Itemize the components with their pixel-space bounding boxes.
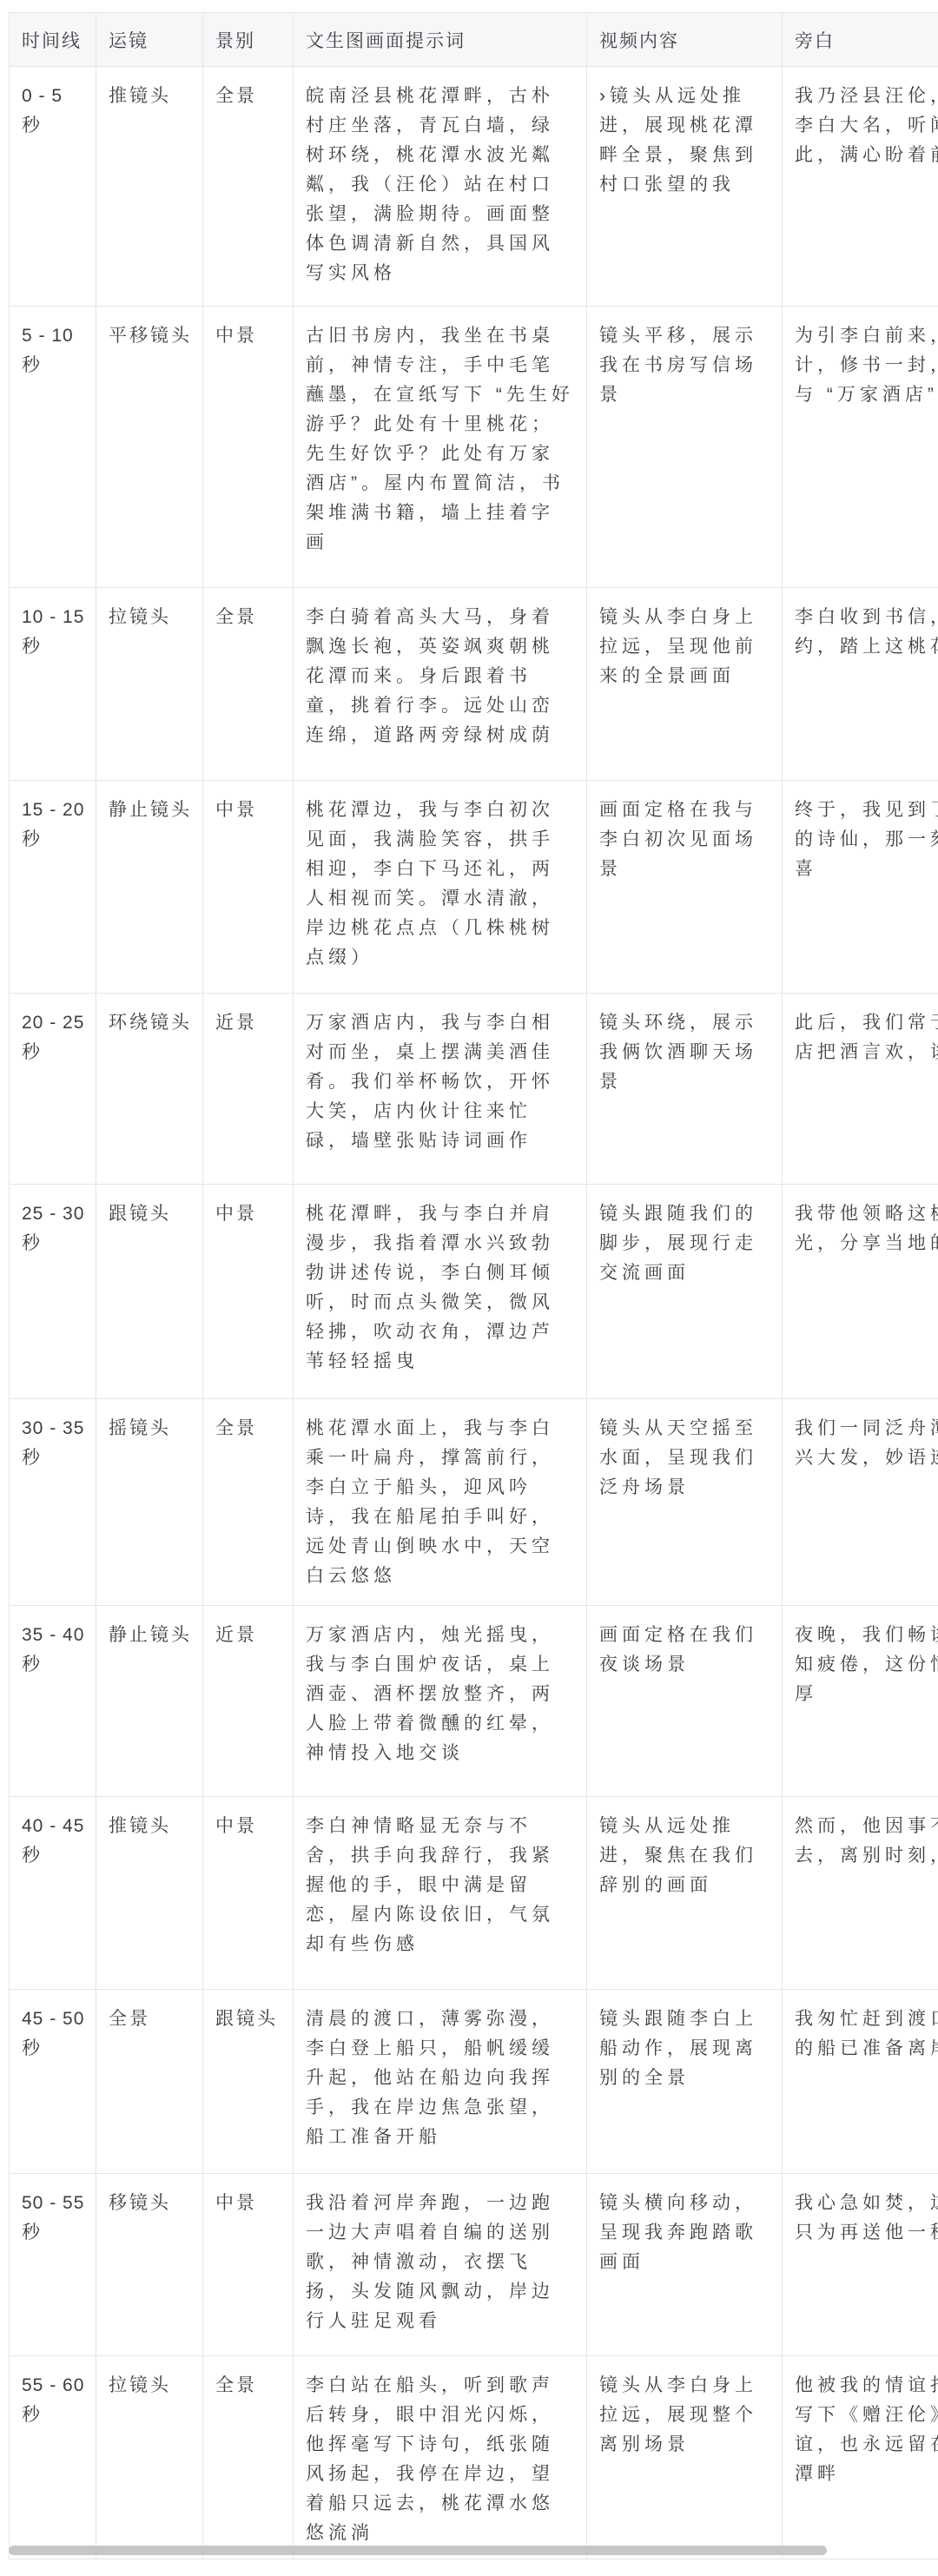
camera-move-cell: 平移镜头 [96, 307, 203, 588]
header-cell-0: 时间线 [10, 13, 96, 67]
header-cell-1: 运镜 [96, 13, 203, 67]
header-cell-2: 景别 [203, 13, 294, 67]
shot-type-cell: 全景 [203, 2356, 294, 2559]
narration-cell: 夜晚，我们畅谈 知疲倦，这份情 厚 [783, 1606, 938, 1797]
image-prompt-cell: 桃花潭水面上，我与李白乘一叶扁舟，撑篙前行，李白立于船头，迎风吟诗，我在船尾拍手… [294, 1399, 587, 1606]
timeline-cell: 15 - 20 秒 [10, 781, 96, 994]
shot-type-cell: 全景 [203, 67, 294, 307]
header-cell-5: 旁白 [783, 13, 938, 67]
video-content-cell: 镜头跟随李白上船动作，展现离别的全景 [587, 1990, 783, 2174]
timeline-cell: 45 - 50 秒 [10, 1990, 96, 2174]
video-content-cell: 画面定格在我们夜谈场景 [587, 1606, 783, 1797]
camera-move-cell: 环绕镜头 [96, 994, 203, 1185]
table-row: 20 - 25 秒 环绕镜头 近景 万家酒店内，我与李白相对而坐，桌上摆满美酒佳… [10, 994, 938, 1185]
narration-cell: 我们一同泛舟潭 兴大发，妙语连 [783, 1399, 938, 1606]
table-row: 30 - 35 秒 摇镜头 全景 桃花潭水面上，我与李白乘一叶扁舟，撑篙前行，李… [10, 1399, 938, 1606]
timeline-cell: 30 - 35 秒 [10, 1399, 96, 1606]
narration-cell: 他被我的情谊打 写下《赠汪伦》 谊，也永远留在 潭畔 [783, 2356, 938, 2559]
table-row: 40 - 45 秒 推镜头 中景 李白神情略显无奈与不舍，拱手向我辞行，我紧握他… [10, 1797, 938, 1990]
narration-cell: 我心急如焚，这 只为再送他一程 [783, 2174, 938, 2356]
video-content-cell: 镜头环绕，展示我俩饮酒聊天场景 [587, 994, 783, 1185]
table-row: 10 - 15 秒 拉镜头 全景 李白骑着高头大马，身着飘逸长袍，英姿飒爽朝桃花… [10, 588, 938, 781]
camera-move-cell: 全景 [96, 1990, 203, 2174]
table-row: 15 - 20 秒 静止镜头 中景 桃花潭边，我与李白初次见面，我满脸笑容，拱手… [10, 781, 938, 994]
table-row: 35 - 40 秒 静止镜头 近景 万家酒店内，烛光摇曳，我与李白围炉夜话，桌上… [10, 1606, 938, 1797]
camera-move-cell: 推镜头 [96, 1797, 203, 1990]
image-prompt-cell: 皖南泾县桃花潭畔，古朴村庄坐落，青瓦白墙，绿树环绕，桃花潭水波光粼粼，我（汪伦）… [294, 67, 587, 307]
horizontal-scrollbar-thumb[interactable] [9, 2546, 827, 2555]
camera-move-cell: 拉镜头 [96, 2356, 203, 2559]
shot-type-cell: 中景 [203, 1185, 294, 1399]
video-content-cell: 镜头横向移动，呈现我奔跑踏歌画面 [587, 2174, 783, 2356]
timeline-cell: 55 - 60 秒 [10, 2356, 96, 2559]
timeline-cell: 10 - 15 秒 [10, 588, 96, 781]
camera-move-cell: 静止镜头 [96, 781, 203, 994]
image-prompt-cell: 清晨的渡口，薄雾弥漫，李白登上船只，船帆缓缓升起，他站在船边向我挥手，我在岸边焦… [294, 1990, 587, 2174]
timeline-cell: 5 - 10 秒 [10, 307, 96, 588]
table-row: 5 - 10 秒 平移镜头 中景 古旧书房内，我坐在书桌前，神情专注，手中毛笔蘸… [10, 307, 938, 588]
video-content-cell: ›镜头从远处推进，展现桃花潭畔全景，聚焦到村口张望的我 [587, 67, 783, 307]
timeline-cell: 40 - 45 秒 [10, 1797, 96, 1990]
shot-type-cell: 中景 [203, 2174, 294, 2356]
shot-type-cell: 中景 [203, 1797, 294, 1990]
video-content-cell: 镜头平移，展示我在书房写信场景 [587, 307, 783, 588]
image-prompt-cell: 桃花潭边，我与李白初次见面，我满脸笑容，拱手相迎，李白下马还礼，两人相视而笑。潭… [294, 781, 587, 994]
image-prompt-cell: 万家酒店内，烛光摇曳，我与李白围炉夜话，桌上酒壶、酒杯摆放整齐，两人脸上带着微醺… [294, 1606, 587, 1797]
image-prompt-cell: 桃花潭畔，我与李白并肩漫步，我指着潭水兴致勃勃讲述传说，李白侧耳倾听，时而点头微… [294, 1185, 587, 1399]
shot-type-cell: 跟镜头 [203, 1990, 294, 2174]
table-body: 0 - 5 秒 推镜头 全景 皖南泾县桃花潭畔，古朴村庄坐落，青瓦白墙，绿树环绕… [10, 67, 938, 2559]
camera-move-cell: 拉镜头 [96, 588, 203, 781]
narration-cell: 然而，他因事不 去，离别时刻， [783, 1797, 938, 1990]
header-cell-3: 文生图画面提示词 [294, 13, 587, 67]
narration-cell: 此后，我们常于 店把酒言欢，谈 [783, 994, 938, 1185]
image-prompt-cell: 李白站在船头，听到歌声后转身，眼中泪光闪烁，他挥毫写下诗句，纸张随风扬起，我停在… [294, 2356, 587, 2559]
header-cell-4: 视频内容 [587, 13, 783, 67]
shot-type-cell: 全景 [203, 1399, 294, 1606]
video-content-cell: 镜头从李白身上拉远，展现整个离别场景 [587, 2356, 783, 2559]
narration-cell: 我带他领略这桃 光，分享当地的 [783, 1185, 938, 1399]
table-row: 55 - 60 秒 拉镜头 全景 李白站在船头，听到歌声后转身，眼中泪光闪烁，他… [10, 2356, 938, 2559]
video-content-cell: 镜头跟随我们的脚步，展现行走交流画面 [587, 1185, 783, 1399]
video-content-cell: 镜头从李白身上拉远，呈现他前来的全景画面 [587, 588, 783, 781]
image-prompt-cell: 万家酒店内，我与李白相对而坐，桌上摆满美酒佳肴。我们举杯畅饮，开怀大笑，店内伙计… [294, 994, 587, 1185]
video-content-cell: 镜头从天空摇至水面，呈现我们泛舟场景 [587, 1399, 783, 1606]
shot-type-cell: 近景 [203, 994, 294, 1185]
image-prompt-cell: 李白神情略显无奈与不舍，拱手向我辞行，我紧握他的手，眼中满是留恋，屋内陈设依旧，… [294, 1797, 587, 1990]
shot-type-cell: 中景 [203, 781, 294, 994]
storyboard-page: 时间线运镜景别文生图画面提示词视频内容旁白 0 - 5 秒 推镜头 全景 皖南泾… [0, 0, 938, 2576]
image-prompt-cell: 我沿着河岸奔跑，一边跑一边大声唱着自编的送别歌，神情激动，衣摆飞扬，头发随风飘动… [294, 2174, 587, 2356]
camera-move-cell: 推镜头 [96, 67, 203, 307]
camera-move-cell: 静止镜头 [96, 1606, 203, 1797]
table-row: 25 - 30 秒 跟镜头 中景 桃花潭畔，我与李白并肩漫步，我指着潭水兴致勃勃… [10, 1185, 938, 1399]
narration-cell: 终于，我见到了 的诗仙，那一刻 喜 [783, 781, 938, 994]
storyboard-table: 时间线运镜景别文生图画面提示词视频内容旁白 0 - 5 秒 推镜头 全景 皖南泾… [9, 12, 938, 2559]
shot-type-cell: 全景 [203, 588, 294, 781]
camera-move-cell: 移镜头 [96, 2174, 203, 2356]
narration-cell: 我乃泾县汪伦， 李白大名，听闻 此，满心盼着前 [783, 67, 938, 307]
video-content-cell: 镜头从远处推进，聚焦在我们辞别的画面 [587, 1797, 783, 1990]
image-prompt-cell: 李白骑着高头大马，身着飘逸长袍，英姿飒爽朝桃花潭而来。身后跟着书童，挑着行李。远… [294, 588, 587, 781]
timeline-cell: 50 - 55 秒 [10, 2174, 96, 2356]
timeline-cell: 20 - 25 秒 [10, 994, 96, 1185]
image-prompt-cell: 古旧书房内，我坐在书桌前，神情专注，手中毛笔蘸墨，在宣纸写下 “先生好游乎？此处… [294, 307, 587, 588]
narration-cell: 李白收到书信， 约，踏上这桃花 [783, 588, 938, 781]
timeline-cell: 25 - 30 秒 [10, 1185, 96, 1399]
table-row: 45 - 50 秒 全景 跟镜头 清晨的渡口，薄雾弥漫，李白登上船只，船帆缓缓升… [10, 1990, 938, 2174]
table-row: 50 - 55 秒 移镜头 中景 我沿着河岸奔跑，一边跑一边大声唱着自编的送别歌… [10, 2174, 938, 2356]
narration-cell: 我匆忙赶到渡口 的船已准备离岸 [783, 1990, 938, 2174]
camera-move-cell: 跟镜头 [96, 1185, 203, 1399]
shot-type-cell: 中景 [203, 307, 294, 588]
timeline-cell: 35 - 40 秒 [10, 1606, 96, 1797]
video-content-cell: 画面定格在我与李白初次见面场景 [587, 781, 783, 994]
narration-cell: 为引李白前来， 计，修书一封， 与 “万家酒店” 相 [783, 307, 938, 588]
camera-move-cell: 摇镜头 [96, 1399, 203, 1606]
header-row: 时间线运镜景别文生图画面提示词视频内容旁白 [10, 13, 938, 67]
timeline-cell: 0 - 5 秒 [10, 67, 96, 307]
shot-type-cell: 近景 [203, 1606, 294, 1797]
table-row: 0 - 5 秒 推镜头 全景 皖南泾县桃花潭畔，古朴村庄坐落，青瓦白墙，绿树环绕… [10, 67, 938, 307]
